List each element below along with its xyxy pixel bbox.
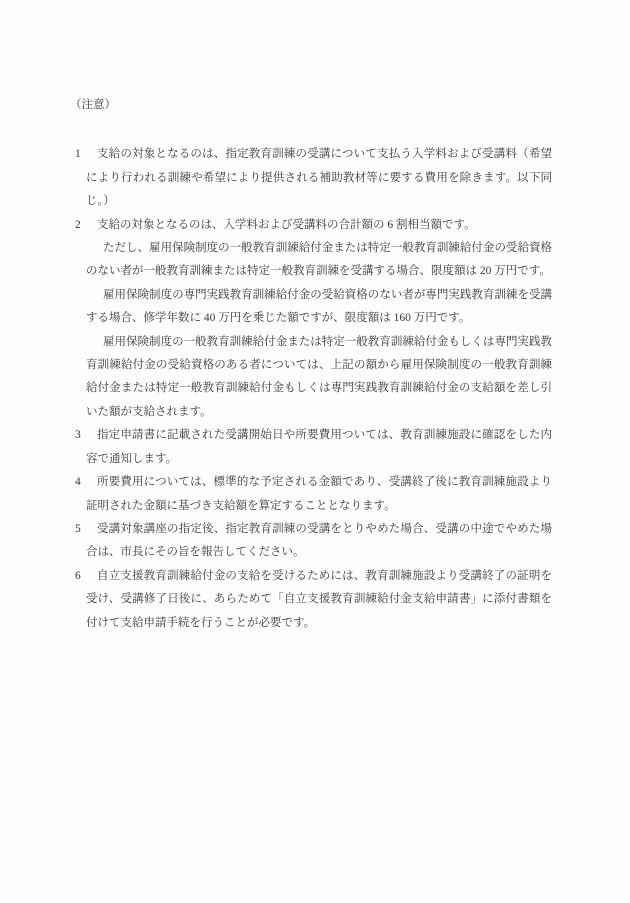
- note-item-body: 支給の対象となるのは、入学料および受講料の合計額の 6 割相当額です。 ただし、…: [86, 214, 552, 425]
- note-paragraph: ただし、雇用保険制度の一般教育訓練給付金または特定一般教育訓練給付金の受給資格の…: [86, 237, 552, 284]
- note-item-1: 1 支給の対象となるのは、指定教育訓練の受講について支払う入学料および受講料（希…: [75, 143, 552, 213]
- note-item-body: 支給の対象となるのは、指定教育訓練の受講について支払う入学料および受講料（希望に…: [86, 143, 552, 213]
- note-item-5: 5 受講対象講座の指定後、指定教育訓練の受講をとりやめた場合、受講の中途でやめた…: [75, 518, 552, 565]
- note-paragraph: 支給の対象となるのは、指定教育訓練の受講について支払う入学料および受講料（希望に…: [86, 143, 552, 213]
- note-item-number: 5: [75, 518, 86, 541]
- note-item-number: 3: [75, 424, 86, 447]
- note-item-number: 4: [75, 471, 86, 494]
- note-paragraph: 受講対象講座の指定後、指定教育訓練の受講をとりやめた場合、受講の中途でやめた場合…: [86, 518, 552, 565]
- note-item-3: 3 指定申請書に記載された受講開始日や所要費用ついては、教育訓練施設に確認をした…: [75, 424, 552, 471]
- note-paragraph: 自立支援教育訓練給付金の支給を受けるためには、教育訓練施設より受講終了の証明を受…: [86, 565, 552, 635]
- note-item-number: 2: [75, 214, 86, 237]
- note-item-6: 6 自立支援教育訓練給付金の支給を受けるためには、教育訓練施設より受講終了の証明…: [75, 565, 552, 635]
- note-item-body: 指定申請書に記載された受講開始日や所要費用ついては、教育訓練施設に確認をした内容…: [86, 424, 552, 471]
- note-paragraph: 雇用保険制度の専門実践教育訓練給付金の受給資格のない者が専門実践教育訓練を受講す…: [86, 284, 552, 331]
- note-item-body: 自立支援教育訓練給付金の支給を受けるためには、教育訓練施設より受講終了の証明を受…: [86, 565, 552, 635]
- notes-list: 1 支給の対象となるのは、指定教育訓練の受講について支払う入学料および受講料（希…: [75, 143, 552, 635]
- document-page: （注意） 1 支給の対象となるのは、指定教育訓練の受講について支払う入学料および…: [0, 0, 630, 903]
- note-item-number: 6: [75, 565, 86, 588]
- note-item-body: 所要費用については、標準的な予定される金額であり、受講終了後に教育訓練施設より証…: [86, 471, 552, 518]
- note-paragraph: 指定申請書に記載された受講開始日や所要費用ついては、教育訓練施設に確認をした内容…: [86, 424, 552, 471]
- note-paragraph: 雇用保険制度の一般教育訓練給付金または特定一般教育訓練給付金もしくは専門実践教育…: [86, 331, 552, 425]
- note-item-4: 4 所要費用については、標準的な予定される金額であり、受講終了後に教育訓練施設よ…: [75, 471, 552, 518]
- note-item-2: 2 支給の対象となるのは、入学料および受講料の合計額の 6 割相当額です。 ただ…: [75, 214, 552, 425]
- notes-heading: （注意）: [75, 94, 552, 117]
- note-paragraph: 支給の対象となるのは、入学料および受講料の合計額の 6 割相当額です。: [86, 214, 552, 237]
- note-paragraph: 所要費用については、標準的な予定される金額であり、受講終了後に教育訓練施設より証…: [86, 471, 552, 518]
- note-item-body: 受講対象講座の指定後、指定教育訓練の受講をとりやめた場合、受講の中途でやめた場合…: [86, 518, 552, 565]
- note-item-number: 1: [75, 143, 86, 166]
